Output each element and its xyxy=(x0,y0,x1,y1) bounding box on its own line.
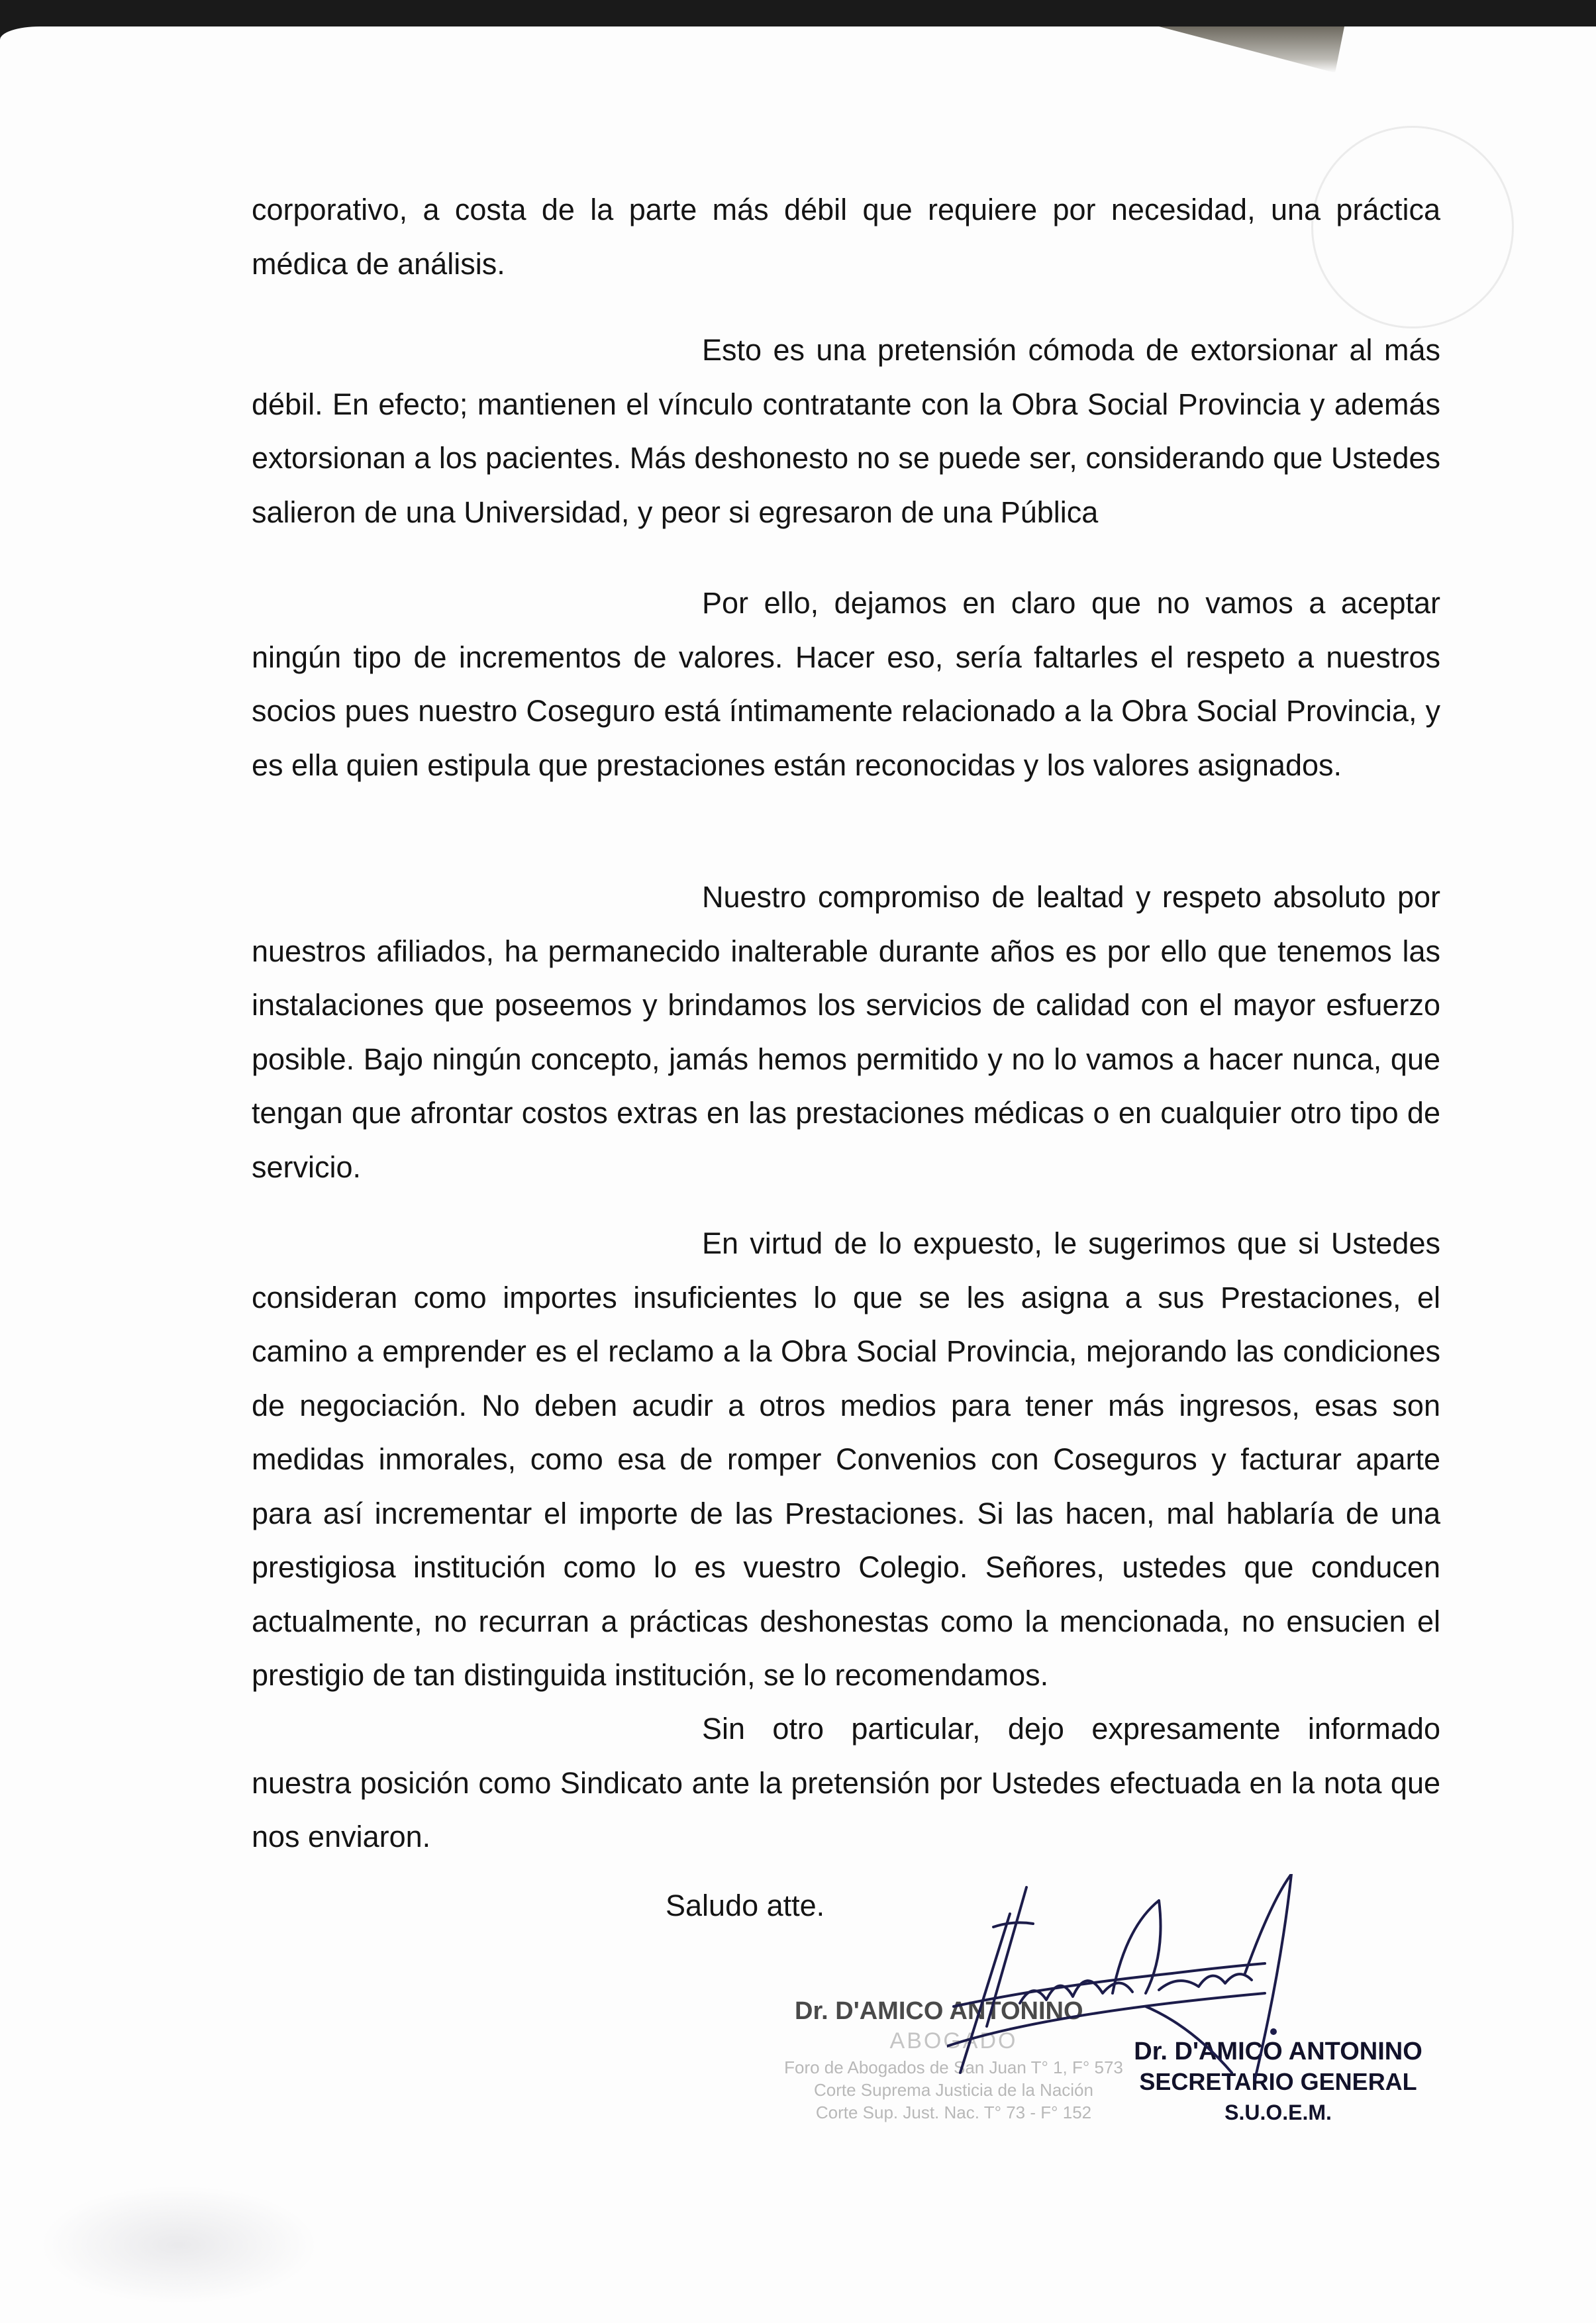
union-stamp-org: S.U.O.E.M. xyxy=(1122,2097,1434,2128)
closing-salutation: Saludo atte. xyxy=(666,1889,824,1923)
paragraph-5: En virtud de lo expuesto, le sugerimos q… xyxy=(252,1216,1440,1703)
paragraph-6: Sin otro particular, dejo expresamente i… xyxy=(252,1702,1440,1864)
letter-body-6: Sin otro particular, dejo expresamente i… xyxy=(252,1702,1440,1864)
letter-body-2: Esto es una pretensión cómoda de extorsi… xyxy=(252,323,1440,539)
paragraph-3: Por ello, dejamos en claro que no vamos … xyxy=(252,576,1440,792)
paragraph-2: Esto es una pretensión cómoda de extorsi… xyxy=(252,323,1440,539)
lawyer-stamp-line-3: Corte Sup. Just. Nac. T° 73 - F° 152 xyxy=(755,2101,1152,2124)
document-page: corporativo, a costa de la parte más déb… xyxy=(0,26,1596,2323)
scan-smudge xyxy=(40,2185,318,2304)
letter-body: corporativo, a costa de la parte más déb… xyxy=(252,183,1440,291)
handwritten-signature xyxy=(947,1874,1358,2093)
paragraph-1: corporativo, a costa de la parte más déb… xyxy=(252,183,1440,291)
page-fold-shadow xyxy=(1159,26,1344,73)
letter-body-4: Nuestro compromiso de lealtad y respeto … xyxy=(252,870,1440,1194)
letter-body-3: Por ello, dejamos en claro que no vamos … xyxy=(252,576,1440,792)
paragraph-4: Nuestro compromiso de lealtad y respeto … xyxy=(252,870,1440,1194)
letter-body-5: En virtud de lo expuesto, le sugerimos q… xyxy=(252,1216,1440,1703)
